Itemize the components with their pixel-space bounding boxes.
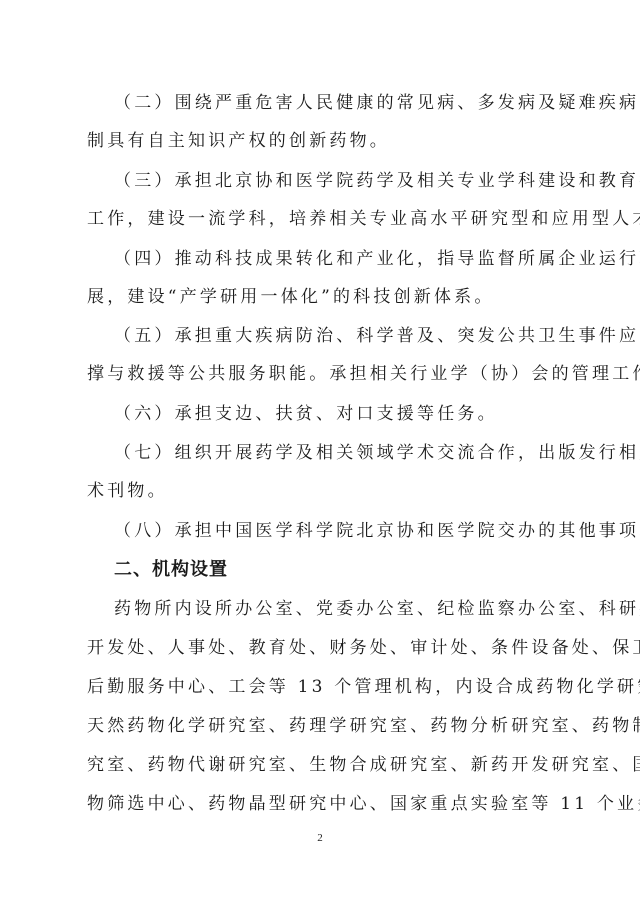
paragraph-6-line-1: （六）承担支边、扶贫、对口支援等任务。 (87, 400, 574, 428)
paragraph-5-line-2: 撑与救援等公共服务职能。承担相关行业学（协）会的管理工作。 (87, 360, 574, 388)
section-body-line-3: 后勤服务中心、工会等 13 个管理机构，内设合成药物化学研究室、 (87, 673, 574, 701)
paragraph-7-line-2: 术刊物。 (87, 477, 574, 505)
section-body-line-1: 药物所内设所办公室、党委办公室、纪检监察办公室、科研处、 (87, 595, 574, 623)
section-body-line-5: 究室、药物代谢研究室、生物合成研究室、新药开发研究室、国家药 (87, 751, 574, 779)
paragraph-7-line-1: （七）组织开展药学及相关领域学术交流合作，出版发行相关学 (87, 439, 574, 467)
section-body-line-2: 开发处、人事处、教育处、财务处、审计处、条件设备处、保卫处、 (87, 634, 574, 662)
paragraph-2-line-2: 制具有自主知识产权的创新药物。 (87, 127, 574, 155)
paragraph-3-line-2: 工作，建设一流学科，培养相关专业高水平研究型和应用型人才。 (87, 205, 574, 233)
section-body-line-4: 天然药物化学研究室、药理学研究室、药物分析研究室、药物制剂研 (87, 712, 574, 740)
paragraph-3-line-1: （三）承担北京协和医学院药学及相关专业学科建设和教育教学 (87, 167, 574, 195)
paragraph-2-line-1: （二）围绕严重危害人民健康的常见病、多发病及疑难疾病，研 (87, 89, 574, 117)
paragraph-4-line-1: （四）推动科技成果转化和产业化，指导监督所属企业运行和发 (87, 245, 574, 273)
section-heading: 二、机构设置 (114, 556, 228, 584)
paragraph-4-line-2: 展，建设“产学研用一体化”的科技创新体系。 (87, 283, 574, 311)
page-number: 2 (0, 832, 640, 844)
section-body-line-6: 物筛选中心、药物晶型研究中心、国家重点实验室等 11 个业务机构。 (87, 790, 574, 818)
paragraph-5-line-1: （五）承担重大疾病防治、科学普及、突发公共卫生事件应急支 (87, 322, 574, 350)
paragraph-8-line-1: （八）承担中国医学科学院北京协和医学院交办的其他事项。 (87, 517, 574, 545)
